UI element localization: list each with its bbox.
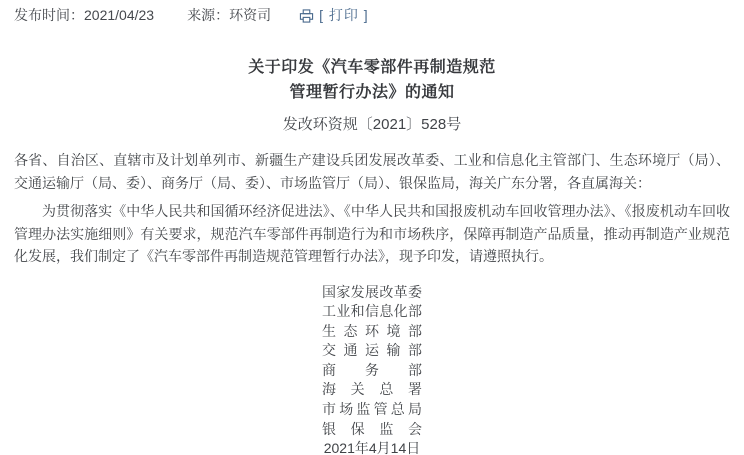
document-title-line2: 管理暂行办法》的通知 <box>0 80 744 105</box>
print-label[interactable]: [ 打印 ] <box>319 7 369 24</box>
signature-line: 交通运输部 <box>322 341 422 361</box>
print-button[interactable]: [ 打印 ] <box>299 7 369 24</box>
printer-icon[interactable] <box>299 9 314 23</box>
signature-line: 商务部 <box>322 361 422 381</box>
signature-line: 国家发展改革委 <box>322 283 422 303</box>
signature-line: 生态环境部 <box>322 322 422 342</box>
signature-line: 市场监管总局 <box>322 400 422 420</box>
document-body: 各省、自治区、直辖市及计划单列市、新疆生产建设兵团发展改革委、工业和信息化主管部… <box>14 149 730 268</box>
document-title-line1: 关于印发《汽车零部件再制造规范 <box>0 55 744 80</box>
source-value: 环资司 <box>229 7 271 24</box>
publish-time: 发布时间：2021/04/23 <box>14 7 154 24</box>
document-title: 关于印发《汽车零部件再制造规范 管理暂行办法》的通知 <box>0 55 744 105</box>
signature-line: 海关总署 <box>322 380 422 400</box>
document-number: 发改环资规〔2021〕528号 <box>0 115 744 135</box>
signature-line: 银保监会 <box>322 420 422 440</box>
main-paragraph: 为贯彻落实《中华人民共和国循环经济促进法》、《中华人民共和国报废机动车回收管理办… <box>14 200 730 268</box>
signature-block: 国家发展改革委 工业和信息化部 生态环境部 交通运输部 商务部 海关总署 市场监… <box>322 283 422 455</box>
source: 来源：环资司 <box>187 7 271 24</box>
signature-date: 2021年4月14日 <box>322 439 422 455</box>
meta-bar: 发布时间：2021/04/23 来源：环资司 [ 打印 ] <box>0 0 744 24</box>
source-label: 来源： <box>187 7 229 24</box>
publish-time-value: 2021/04/23 <box>84 7 154 24</box>
signature-line: 工业和信息化部 <box>322 302 422 322</box>
publish-time-label: 发布时间： <box>14 7 84 24</box>
addressee-paragraph: 各省、自治区、直辖市及计划单列市、新疆生产建设兵团发展改革委、工业和信息化主管部… <box>14 149 730 194</box>
notice-page: 发布时间：2021/04/23 来源：环资司 [ 打印 ] 关于印发《汽车零部件… <box>0 0 744 455</box>
